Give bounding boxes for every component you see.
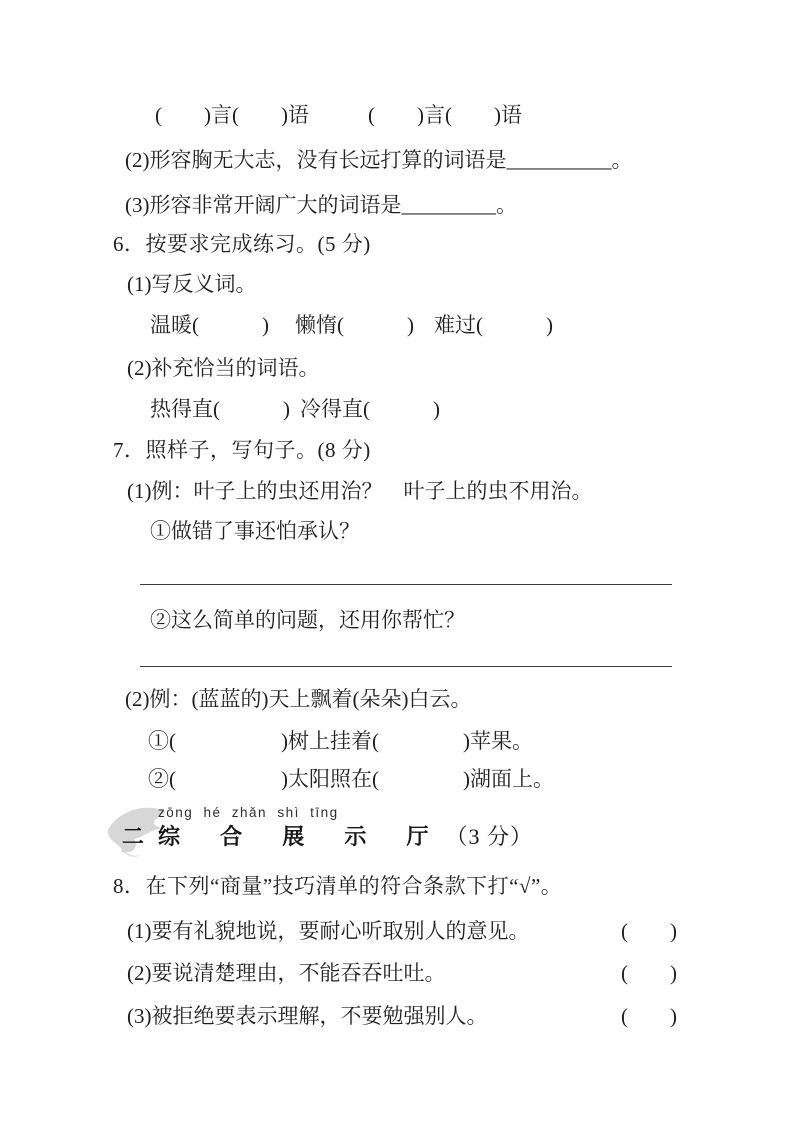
q8-item-3: (3)被拒绝要表示理解，不要勉强别人。	[127, 1002, 488, 1030]
q8-item-2-answer-blank: ( )	[621, 959, 677, 987]
q6-antonym-3: 难过( )	[434, 313, 553, 337]
q6-sub1: (1)写反义词。	[127, 270, 257, 298]
q6-fill-1: 热得直( )	[150, 395, 290, 423]
q7-item-2: ②这么简单的问题，还用你帮忙？	[150, 606, 465, 634]
q8-title: 8．在下列“商量”技巧清单的符合条款下打“√”。	[113, 872, 562, 900]
q7-item-1: ①做错了事还怕承认？	[150, 517, 360, 545]
q5-blank-pair-right: ( )言( )语	[368, 101, 522, 129]
q8-item-1: (1)要有礼貌地说，要耐心听取别人的意见。	[127, 917, 530, 945]
q7-fill-1: ①( )树上挂着( )苹果。	[148, 727, 533, 755]
q8-item-2: (2)要说清楚理由，不能吞吞吐吐。	[127, 959, 446, 987]
q7-example-2: (2)例：(蓝蓝的)天上飘着(朵朵)白云。	[125, 685, 471, 713]
q6-title: 6．按要求完成练习。(5 分)	[113, 230, 371, 258]
section2-score: （3 分）	[445, 824, 533, 849]
worksheet-page: ( )言( )语 ( )言( )语 (2)形容胸无大志，没有长远打算的词语是__…	[0, 0, 793, 1122]
q8-item-3-answer-blank: ( )	[621, 1002, 677, 1030]
q7-title: 7．照样子，写句子。(8 分)	[113, 436, 371, 464]
q6-fill-2: 冷得直( )	[300, 397, 440, 421]
q6-antonym-2: 懒惰( )	[295, 311, 414, 339]
q5-blank-pair-left: ( )言( )语	[155, 101, 309, 129]
q7-answer-line-2	[140, 666, 672, 667]
q6-sub2: (2)补充恰当的词语。	[127, 354, 320, 382]
section2-number: 二	[122, 824, 158, 849]
q6-antonyms-row: 温暖( )懒惰( )难过( )	[150, 311, 553, 339]
q6-fills-row: 热得直( )冷得直( )	[150, 395, 440, 423]
q7-fill-2: ②( )太阳照在( )湖面上。	[148, 765, 554, 793]
q5-item-2: (2)形容胸无大志，没有长远打算的词语是__________。	[125, 146, 633, 174]
q5-item-3: (3)形容非常开阔广大的词语是_________。	[125, 191, 517, 219]
q6-antonym-1: 温暖( )	[150, 311, 269, 339]
section2-header: 二综 合 展 示 厅（3 分）	[122, 824, 533, 850]
q7-example-1: (1)例：叶子上的虫还用治？ 叶子上的虫不用治。	[127, 477, 593, 505]
q8-item-1-answer-blank: ( )	[621, 917, 677, 945]
section2-pinyin: zōng hé zhǎn shì tīng	[158, 806, 339, 820]
section2-title: 综 合 展 示 厅	[158, 824, 445, 849]
q7-answer-line-1	[140, 584, 672, 585]
